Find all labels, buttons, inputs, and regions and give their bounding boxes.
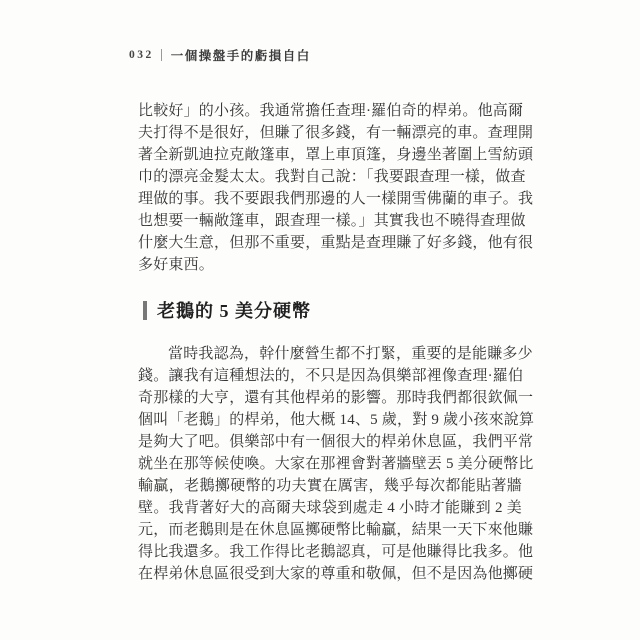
text-line: 個叫「老鵝」的桿弟，他大概 14、5 歲，對 9 歲小孩來說算 <box>138 409 522 431</box>
book-title: 一個操盤手的虧損自白 <box>171 46 311 64</box>
text-line: 巾的漂亮金髮太太。我對自己說：「我要跟查理一樣，做查 <box>138 166 522 188</box>
page-header: 032 一個操盤手的虧損自白 <box>129 46 311 64</box>
text-line: 錢。讓我有這種想法的，不只是因為俱樂部裡像查理·羅伯 <box>138 365 522 387</box>
text-line: 多好東西。 <box>138 254 522 276</box>
text-line: 夫打得不是很好，但賺了很多錢，有一輛漂亮的車。查理開 <box>138 122 522 144</box>
text-line: 理做的事。我不要跟我們那邊的人一樣開雪佛蘭的車子。我 <box>138 188 522 210</box>
text-line: 是夠大了吧。俱樂部中有一個很大的桿弟休息區，我們平常 <box>138 431 522 453</box>
page-number: 032 <box>129 49 154 61</box>
text-line: 輸贏，老鵝擲硬幣的功夫實在厲害，幾乎每次都能貼著牆 <box>138 475 522 497</box>
text-line: 在桿弟休息區很受到大家的尊重和敬佩，但不是因為他擲硬 <box>138 563 522 585</box>
text-line: 比較好」的小孩。我通常擔任查理·羅伯奇的桿弟。他高爾 <box>138 100 522 122</box>
paragraph-1: 比較好」的小孩。我通常擔任查理·羅伯奇的桿弟。他高爾 夫打得不是很好，但賺了很多… <box>138 100 522 276</box>
text-line: 得比我還多。我工作得比老鵝認真，可是他賺得比我多。他 <box>138 541 522 563</box>
text-line: 元，而老鵝則是在休息區擲硬幣比輸贏，結果一天下來他賺 <box>138 519 522 541</box>
text-line: 也想要一輛敞篷車，跟查理一樣。」其實我也不曉得查理做 <box>138 210 522 232</box>
text-line: 著全新凱迪拉克敞篷車，罩上車頂篷，身邊坐著圍上雪紡頭 <box>138 144 522 166</box>
paragraph-2: 當時我認為，幹什麼營生都不打緊，重要的是能賺多少 錢。讓我有這種想法的，不只是因… <box>138 343 522 585</box>
text-line: 當時我認為，幹什麼營生都不打緊，重要的是能賺多少 <box>138 343 522 365</box>
text-line: 什麼大生意，但那不重要，重點是查理賺了好多錢，他有很 <box>138 232 522 254</box>
book-page: 032 一個操盤手的虧損自白 比較好」的小孩。我通常擔任查理·羅伯奇的桿弟。他高… <box>0 0 640 640</box>
section-heading-text: 老鵝的 5 美分硬幣 <box>157 297 311 323</box>
text-line: 就坐在那等候使喚。大家在那裡會對著牆壁丟 5 美分硬幣比 <box>138 453 522 475</box>
section-heading: 老鵝的 5 美分硬幣 <box>143 297 311 323</box>
heading-bar <box>143 301 147 320</box>
header-divider <box>161 49 162 61</box>
text-line: 壁。我背著好大的高爾夫球袋到處走 4 小時才能賺到 2 美 <box>138 497 522 519</box>
text-line: 奇那樣的大亨，還有其他桿弟的影響。那時我們都很欽佩一 <box>138 387 522 409</box>
